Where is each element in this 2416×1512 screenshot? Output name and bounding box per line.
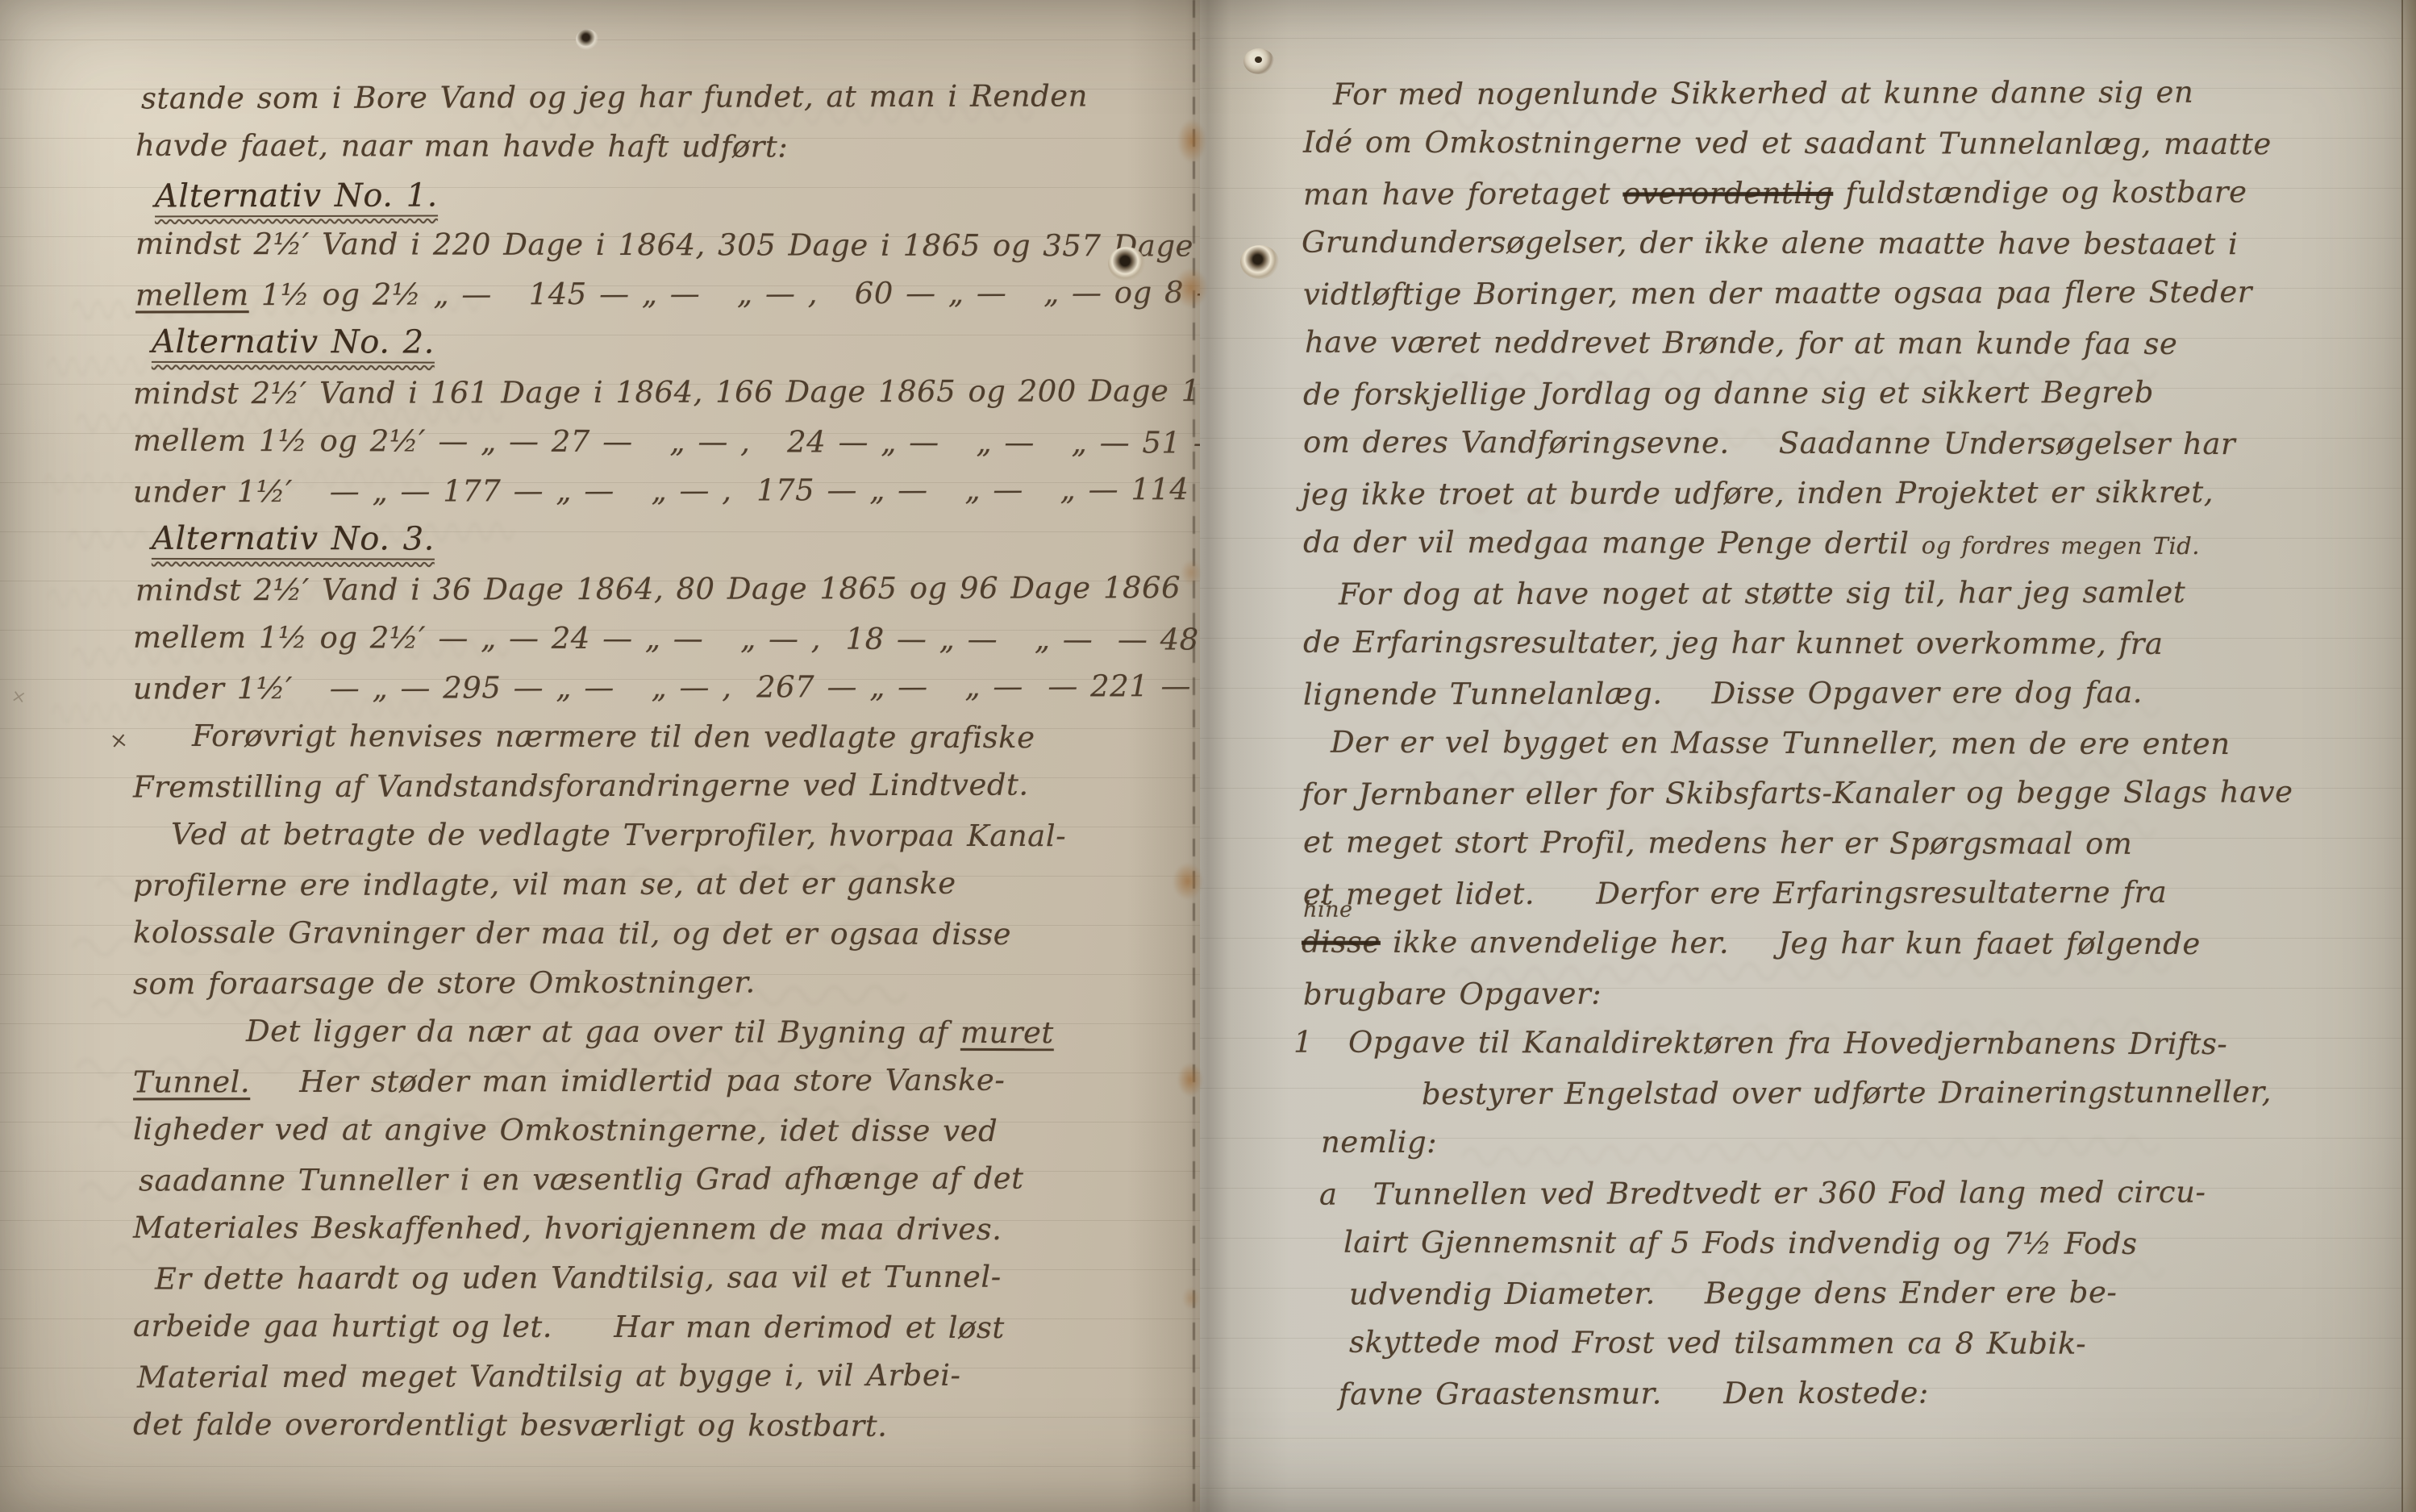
text-run: det falde overordentligt besværligt og k… (133, 1407, 887, 1443)
text-run: muret (960, 1015, 1054, 1050)
manuscript-line: vidtløftige Boringer, men der maatte ogs… (1200, 267, 2416, 320)
manuscript-line: Tunnel. Her støder man imidlertid paa st… (0, 1055, 1200, 1107)
manuscript-line: arbeide gaa hurtigt og let. Har man deri… (0, 1301, 1200, 1352)
text-run: man have foretaget (1303, 177, 1623, 212)
manuscript-line: mindst 2½′ Vand i 220 Dage i 1864, 305 D… (0, 219, 1200, 270)
text-run: Her støder man imidlertid paa store Vans… (250, 1063, 1005, 1099)
manuscript-line: et meget stort Profil, medens her er Spø… (1200, 817, 2416, 869)
text-run: mellem 1½ og 2½′ — „ — 27 — „ — , 24 — „… (133, 423, 1347, 460)
manuscript-line: stande som i Bore Vand og jeg har fundet… (0, 71, 1200, 123)
manuscript-line: det falde overordentligt besværligt og k… (0, 1399, 1200, 1451)
left-page-text: stande som i Bore Vand og jeg har fundet… (0, 73, 1200, 1450)
manuscript-line: Materiales Beskaffenhed, hvorigjennem de… (0, 1202, 1200, 1254)
manuscript-line: da der vil medgaa mange Penge dertil og … (1200, 517, 2416, 569)
manuscript-line: jeg ikke troet at burde udføre, inden Pr… (1200, 467, 2416, 520)
manuscript-line: lairt Gjennemsnit af 5 Fods indvendig og… (1200, 1217, 2416, 1269)
text-run: 1 (1293, 1025, 1313, 1060)
pinhole-speck (576, 29, 598, 50)
manuscript-line: mindst 2½′ Vand i 36 Dage 1864, 80 Dage … (0, 563, 1200, 615)
text-run: Tunnel. (133, 1064, 250, 1099)
manuscript-line: mellem 1½ og 2½′ — „ — 27 — „ — , 24 — „… (0, 415, 1200, 467)
text-run: et meget lidet. Derfor ere Erfaringsresu… (1303, 875, 2167, 912)
manuscript-line: have været neddrevet Brønde, for at man … (1200, 317, 2416, 369)
margin-cross-mark: × (108, 727, 129, 754)
text-run: profilerne ere indlagte, vil man se, at … (133, 866, 956, 903)
right-page-text: For med nogenlunde Sikkerhed at kunne da… (1200, 69, 2416, 1418)
text-run: mindst 2½′ Vand i 161 Dage i 1864, 166 D… (133, 373, 1269, 411)
text-run: For med nogenlunde Sikkerhed at kunne da… (1333, 75, 2193, 112)
text-run: og fordres megen Tid. (1922, 531, 2200, 560)
manuscript-line: Det ligger da nær at gaa over til Bygnin… (0, 1006, 1200, 1057)
text-run: Er dette haardt og uden Vandtilsig, saa … (155, 1260, 1002, 1297)
text-run: skyttede mod Frost ved tilsammen ca 8 Ku… (1349, 1325, 2086, 1361)
text-run: kolossale Gravninger der maa til, og det… (133, 915, 1011, 952)
text-run: mellem (135, 277, 249, 312)
text-run: udvendig Diameter. Begge dens Ender ere … (1349, 1275, 2117, 1311)
manuscript-line: profilerne ere indlagte, vil man se, at … (0, 858, 1200, 910)
text-run: favne Graastensmur. Den kostede: (1339, 1376, 1929, 1412)
manuscript-line: under 1½′ — „ — 295 — „ — „ — , 267 — „ … (0, 661, 1200, 714)
text-run: Der er vel bygget en Masse Tunneller, me… (1331, 725, 2231, 761)
manuscript-line: mellem 1½ og 2½ „ — 145 — „ — „ — , 60 —… (0, 268, 1200, 320)
manuscript-line: brugbare Opgaver: (1200, 967, 2416, 1020)
manuscript-line: Alternativ No. 2. (0, 317, 1200, 369)
text-run: under 1½′ — „ — 295 — „ — „ — , 267 — „ … (133, 669, 1314, 706)
text-run: overordentlig (1622, 176, 1833, 211)
text-run: jeg ikke troet at burde udføre, inden Pr… (1302, 475, 2214, 512)
manuscript-line: lignende Tunnelanlæg. Disse Opgaver ere … (1200, 667, 2416, 720)
text-run: bestyrer Engelstad over udførte Draineri… (1422, 1074, 2272, 1111)
text-run: brugbare Opgaver: (1303, 977, 1602, 1012)
text-run: arbeide gaa hurtigt og let. Har man deri… (133, 1309, 1005, 1345)
text-run: a (1319, 1177, 1338, 1212)
manuscript-line: For med nogenlunde Sikkerhed at kunne da… (1200, 67, 2416, 120)
manuscript-line: Grundundersøgelser, der ikke alene maatt… (1200, 217, 2416, 269)
manuscript-line: aTunnellen ved Bredtvedt er 360 Fod lang… (1200, 1167, 2416, 1220)
punch-hole (1240, 245, 1279, 279)
manuscript-line: de Erfaringsresultater, jeg har kunnet o… (1200, 617, 2416, 669)
text-run: lignende Tunnelanlæg. Disse Opgaver ere … (1303, 675, 2143, 712)
manuscript-line: de forskjellige Jordlag og danne sig et … (1200, 367, 2416, 420)
manuscript-line: havde faaet, naar man havde haft udført: (0, 120, 1200, 172)
manuscript-line: nemlig: (1200, 1117, 2416, 1169)
text-run: have været neddrevet Brønde, for at man … (1305, 325, 2177, 361)
text-run: under 1½′ — „ — 177 — „ — „ — , 175 — „ … (133, 472, 1355, 510)
manuscript-line: Alternativ No. 3. (0, 514, 1200, 565)
manuscript-line: Idé om Omkostningerne ved et saadant Tun… (1200, 117, 2416, 169)
text-run: da der vil medgaa mange Penge dertil (1303, 525, 1922, 561)
text-run: de Erfaringsresultater, jeg har kunnet o… (1303, 625, 2164, 661)
manuscript-line: bestyrer Engelstad over udførte Draineri… (1200, 1067, 2416, 1120)
text-run: mindst 2½′ Vand i 36 Dage 1864, 80 Dage … (135, 570, 1181, 607)
text-run: om deres Vandføringsevne. Saadanne Under… (1303, 425, 2235, 461)
manuscript-line: mindst 2½′ Vand i 161 Dage i 1864, 166 D… (0, 366, 1200, 419)
manuscript-line: som foraarsage de store Omkostninger. (0, 956, 1200, 1009)
text-run: som foraarsage de store Omkostninger. (133, 964, 756, 1001)
manuscript-scan: stande som i Bore Vand og jeg har fundet… (0, 0, 2416, 1512)
text-run: Alternativ No. 3. (152, 520, 435, 560)
manuscript-line: kolossale Gravninger der maa til, og det… (0, 907, 1200, 959)
text-run: Forøvrigt henvises nærmere til den vedla… (192, 719, 1035, 755)
manuscript-line: favne Graastensmur. Den kostede: (1200, 1367, 2416, 1420)
manuscript-line: dissehine ikke anvendelige her. Jeg har … (1200, 917, 2416, 969)
text-run: ikke anvendelige her. Jeg har kun faaet … (1381, 925, 2201, 961)
text-run: Materiales Beskaffenhed, hvorigjennem de… (133, 1210, 1002, 1247)
right-page: For med nogenlunde Sikkerhed at kunne da… (1200, 0, 2416, 1512)
manuscript-line: Alternativ No. 1. (0, 169, 1200, 222)
manuscript-line: mellem 1½ og 2½′ — „ — 24 — „ — „ — , 18… (0, 612, 1200, 664)
manuscript-line: et meget lidet. Derfor ere Erfaringsresu… (1200, 867, 2416, 920)
text-run: Det ligger da nær at gaa over til Bygnin… (246, 1014, 960, 1050)
manuscript-line: om deres Vandføringsevne. Saadanne Under… (1200, 417, 2416, 469)
text-run: dissehine (1302, 925, 1381, 960)
text-run: et meget stort Profil, medens her er Spø… (1303, 825, 2132, 861)
manuscript-line: under 1½′ — „ — 177 — „ — „ — , 175 — „ … (0, 464, 1200, 517)
left-page: stande som i Bore Vand og jeg har fundet… (0, 0, 1200, 1512)
text-run: Fremstilling af Vandstandsforandringerne… (133, 768, 1029, 805)
text-run: fuldstændige og kostbare (1833, 175, 2247, 210)
text-run: ligheder ved at angive Omkostningerne, i… (133, 1112, 998, 1148)
interlinear-insertion: hine (1303, 899, 1352, 921)
text-run: vidtløftige Boringer, men der maatte ogs… (1303, 275, 2252, 312)
text-run: Grundundersøgelser, der ikke alene maatt… (1302, 225, 2238, 261)
manuscript-line: Der er vel bygget en Masse Tunneller, me… (1200, 717, 2416, 769)
text-run: For dog at have noget at støtte sig til,… (1339, 575, 2185, 612)
text-run: Alternativ No. 2. (152, 323, 435, 364)
punch-hole (1243, 48, 1274, 74)
text-run: Opgave til Kanaldirektøren fra Hovedjern… (1348, 1025, 2227, 1061)
manuscript-line: for Jernbaner eller for Skibsfarts-Kanal… (1200, 767, 2416, 820)
manuscript-line: skyttede mod Frost ved tilsammen ca 8 Ku… (1200, 1317, 2416, 1369)
text-run: de forskjellige Jordlag og danne sig et … (1303, 375, 2154, 412)
text-run: Tunnellen ved Bredtvedt er 360 Fod lang … (1373, 1175, 2206, 1212)
text-run: Ved at betragte de vedlagte Tverprofiler… (171, 817, 1066, 853)
text-run: Idé om Omkostningerne ved et saadant Tun… (1303, 125, 2272, 162)
page-stack-edge (2401, 0, 2416, 1512)
manuscript-line: man have foretaget overordentlig fuldstæ… (1200, 167, 2416, 220)
text-run: for Jernbaner eller for Skibsfarts-Kanal… (1302, 774, 2293, 811)
text-run: havde faaet, naar man havde haft udført: (135, 128, 788, 165)
manuscript-line: Material med meget Vandtilsig at bygge i… (0, 1350, 1200, 1402)
manuscript-line: udvendig Diameter. Begge dens Ender ere … (1200, 1267, 2416, 1320)
manuscript-line: Er dette haardt og uden Vandtilsig, saa … (0, 1252, 1200, 1304)
manuscript-line: saadanne Tunneller i en væsentlig Grad a… (0, 1153, 1200, 1206)
manuscript-line: ligheder ved at angive Omkostningerne, i… (0, 1104, 1200, 1156)
text-run: Alternativ No. 1. (155, 177, 438, 218)
manuscript-line: Ved at betragte de vedlagte Tverprofiler… (0, 809, 1200, 860)
text-run: nemlig: (1321, 1125, 1437, 1160)
text-run: saadanne Tunneller i en væsentlig Grad a… (139, 1161, 1024, 1198)
manuscript-line: For dog at have noget at støtte sig til,… (1200, 567, 2416, 620)
text-run: lairt Gjennemsnit af 5 Fods indvendig og… (1343, 1225, 2138, 1261)
text-run: Material med meget Vandtilsig at bygge i… (137, 1358, 961, 1395)
text-run: stande som i Bore Vand og jeg har fundet… (141, 78, 1088, 115)
manuscript-line: Forøvrigt henvises nærmere til den vedla… (0, 710, 1200, 762)
manuscript-line: Fremstilling af Vandstandsforandringerne… (0, 760, 1200, 812)
punch-hole (1108, 247, 1145, 281)
manuscript-line: 1Opgave til Kanaldirektøren fra Hovedjer… (1200, 1017, 2416, 1069)
text-run: mellem 1½ og 2½′ — „ — 24 — „ — „ — , 18… (133, 620, 1365, 657)
